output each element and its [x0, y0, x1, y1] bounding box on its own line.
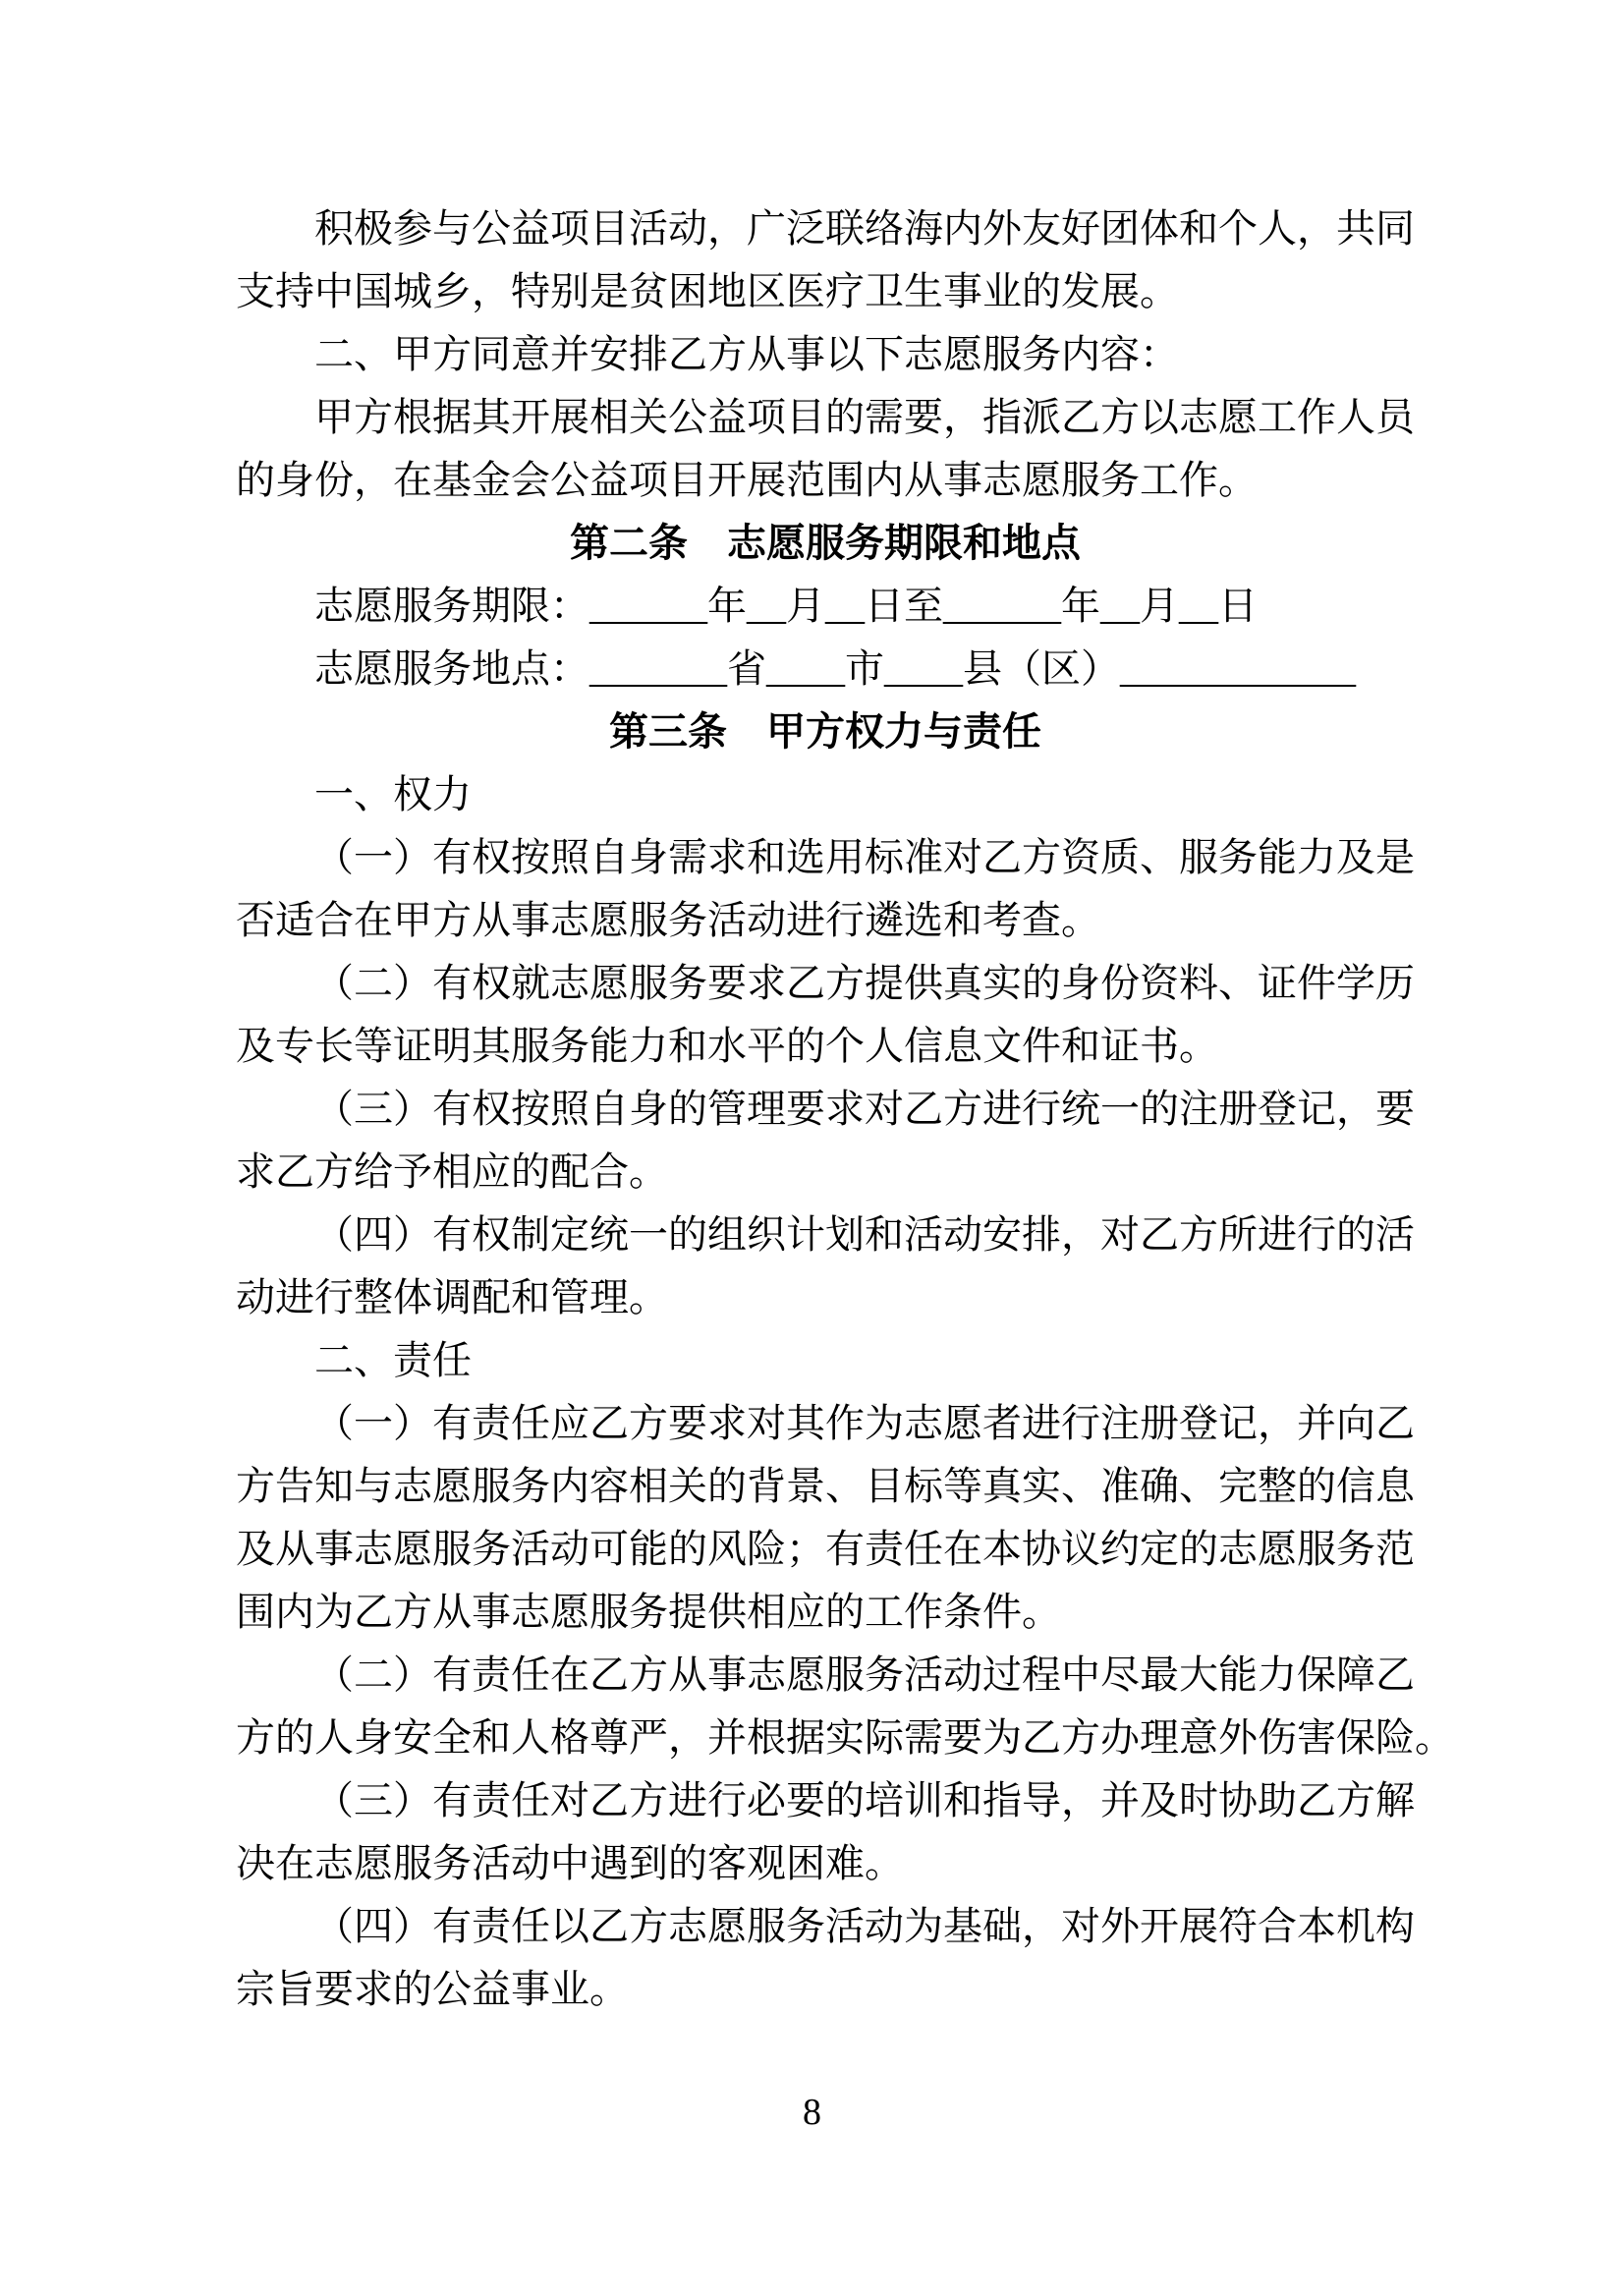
paragraph-line: 决在志愿服务活动中遇到的客观困难。 — [236, 1832, 1415, 1895]
paragraph-line: （四）有责任以乙方志愿服务活动为基础，对外开展符合本机构 — [236, 1895, 1415, 1958]
contract-text-block: 积极参与公益项目活动，广泛联络海内外友好团体和个人，共同支持中国城乡，特别是贫困… — [236, 197, 1415, 2021]
paragraph-line: （一）有权按照自身需求和选用标准对乙方资质、服务能力及是 — [236, 826, 1415, 889]
paragraph-line: 求乙方给予相应的配合。 — [236, 1141, 1415, 1204]
page-number: 8 — [0, 2089, 1624, 2136]
section-heading: 第二条 志愿服务期限和地点 — [236, 512, 1415, 575]
paragraph-line: 围内为乙方从事志愿服务提供相应的工作条件。 — [236, 1581, 1415, 1644]
paragraph-line: （一）有责任应乙方要求对其作为志愿者进行注册登记，并向乙 — [236, 1392, 1415, 1455]
fill-in-blank-line: 志愿服务地点：_______省____市____县（区）____________ — [236, 638, 1415, 700]
paragraph-line: 宗旨要求的公益事业。 — [236, 1958, 1415, 2021]
paragraph-line: （三）有权按照自身的管理要求对乙方进行统一的注册登记，要 — [236, 1078, 1415, 1141]
document-page: 积极参与公益项目活动，广泛联络海内外友好团体和个人，共同支持中国城乡，特别是贫困… — [0, 0, 1624, 2296]
paragraph-line: 方告知与志愿服务内容相关的背景、目标等真实、准确、完整的信息 — [236, 1455, 1415, 1518]
paragraph-line: 否适合在甲方从事志愿服务活动进行遴选和考查。 — [236, 889, 1415, 952]
paragraph-line: 及专长等证明其服务能力和水平的个人信息文件和证书。 — [236, 1015, 1415, 1078]
paragraph-line: 积极参与公益项目活动，广泛联络海内外友好团体和个人，共同 — [236, 197, 1415, 260]
paragraph-line: 动进行整体调配和管理。 — [236, 1266, 1415, 1329]
section-heading: 第三条 甲方权力与责任 — [236, 700, 1415, 763]
paragraph-line: 一、权力 — [236, 763, 1415, 826]
paragraph-line: 方的人身安全和人格尊严，并根据实际需要为乙方办理意外伤害保险。 — [236, 1707, 1415, 1769]
fill-in-blank-line: 志愿服务期限：______年__月__日至______年__月__日 — [236, 575, 1415, 638]
paragraph-line: 二、甲方同意并安排乙方从事以下志愿服务内容： — [236, 323, 1415, 386]
paragraph-line: （三）有责任对乙方进行必要的培训和指导，并及时协助乙方解 — [236, 1769, 1415, 1832]
paragraph-line: （二）有责任在乙方从事志愿服务活动过程中尽最大能力保障乙 — [236, 1644, 1415, 1707]
paragraph-line: 支持中国城乡，特别是贫困地区医疗卫生事业的发展。 — [236, 260, 1415, 323]
paragraph-line: （四）有权制定统一的组织计划和活动安排，对乙方所进行的活 — [236, 1204, 1415, 1266]
paragraph-line: 的身份，在基金会公益项目开展范围内从事志愿服务工作。 — [236, 449, 1415, 512]
paragraph-line: （二）有权就志愿服务要求乙方提供真实的身份资料、证件学历 — [236, 952, 1415, 1015]
paragraph-line: 二、责任 — [236, 1329, 1415, 1392]
paragraph-line: 及从事志愿服务活动可能的风险；有责任在本协议约定的志愿服务范 — [236, 1518, 1415, 1581]
paragraph-line: 甲方根据其开展相关公益项目的需要，指派乙方以志愿工作人员 — [236, 386, 1415, 449]
